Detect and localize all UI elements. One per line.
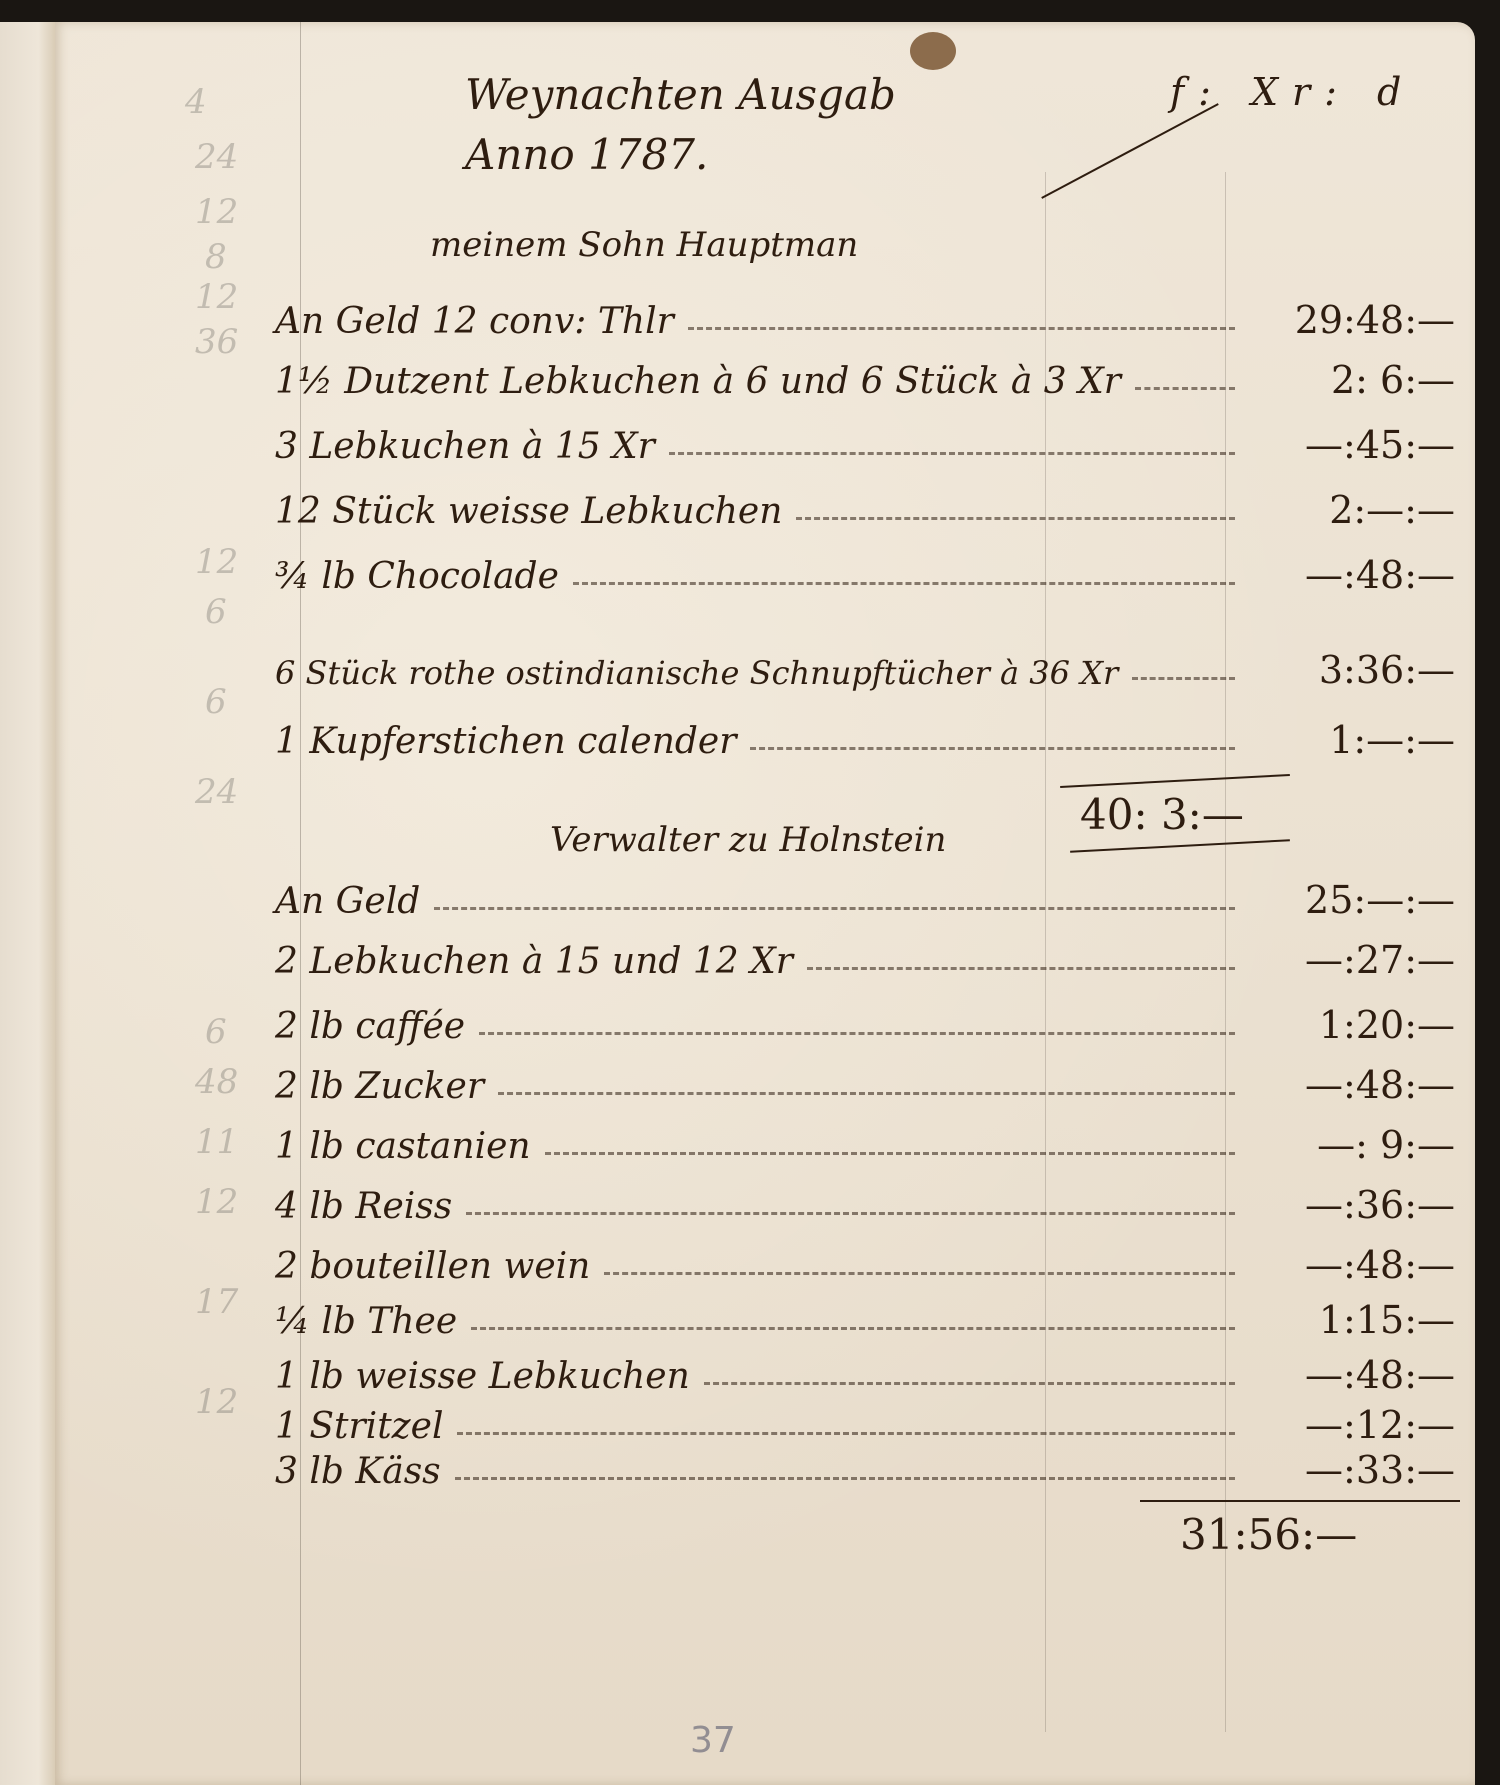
- entry-description: 3 lb Käss: [275, 1451, 441, 1492]
- ledger-row: ¼ lb Thee 1:15:—: [275, 1290, 1465, 1342]
- entry-amount: 25:—:—: [1245, 878, 1465, 922]
- leader-dots: [807, 966, 1235, 970]
- entry-description: ¾ lb Chocolade: [275, 556, 559, 597]
- ledger-row: 2 bouteillen wein —:48:—: [275, 1235, 1465, 1287]
- entry-amount: —:36:—: [1245, 1183, 1465, 1227]
- entry-description: 3 Lebkuchen à 15 Xr: [275, 426, 655, 467]
- entry-amount: —:48:—: [1245, 1243, 1465, 1287]
- leader-dots: [704, 1381, 1235, 1385]
- entry-amount: 1:15:—: [1245, 1298, 1465, 1342]
- entry-amount: —:48:—: [1245, 1063, 1465, 1107]
- entry-description: 12 Stück weisse Lebkuchen: [275, 491, 782, 532]
- entry-description: An Geld 12 conv: Thlr: [275, 301, 674, 342]
- entry-amount: —:48:—: [1245, 1353, 1465, 1397]
- leader-dots: [434, 906, 1235, 910]
- leader-dots: [457, 1431, 1235, 1435]
- bleed-through-number: 11: [195, 1122, 238, 1162]
- bleed-through-number: 12: [195, 542, 238, 582]
- bleed-through-number: 8: [205, 237, 227, 277]
- entry-amount: —: 9:—: [1245, 1123, 1465, 1167]
- entry-amount: 1:20:—: [1245, 1003, 1465, 1047]
- leader-dots: [479, 1031, 1235, 1035]
- ledger-row: 2 Lebkuchen à 15 und 12 Xr —:27:—: [275, 930, 1465, 982]
- leader-dots: [604, 1271, 1235, 1275]
- bleed-through-number: 12: [195, 277, 238, 317]
- entry-amount: 3:36:—: [1245, 648, 1465, 692]
- bleed-through-number: 12: [195, 192, 238, 232]
- page-year: Anno 1787.: [465, 130, 708, 179]
- ledger-row: 1 lb castanien —: 9:—: [275, 1115, 1465, 1167]
- leader-dots: [545, 1151, 1235, 1155]
- leader-dots: [750, 746, 1235, 750]
- entry-description: 4 lb Reiss: [275, 1186, 452, 1227]
- entry-description: 2 Lebkuchen à 15 und 12 Xr: [275, 941, 793, 982]
- leader-dots: [498, 1091, 1235, 1095]
- ledger-row: 4 lb Reiss —:36:—: [275, 1175, 1465, 1227]
- leader-dots: [796, 516, 1235, 520]
- entry-description: 1 lb weisse Lebkuchen: [275, 1356, 690, 1397]
- folio-number: 37: [690, 1720, 736, 1761]
- leader-dots: [1135, 386, 1235, 390]
- facing-page-edge: [0, 22, 55, 1785]
- ledger-row: 6 Stück rothe ostindianische Schnupftüch…: [275, 640, 1465, 692]
- section-subtotal: 40: 3:—: [1080, 790, 1244, 839]
- leader-dots: [573, 581, 1235, 585]
- leader-dots: [688, 326, 1235, 330]
- bleed-through-number: 12: [195, 1182, 238, 1222]
- ledger-row: An Geld 25:—:—: [275, 870, 1465, 922]
- bleed-through-number: 24: [195, 137, 238, 177]
- bleed-through-number: 24: [195, 772, 238, 812]
- leader-dots: [471, 1326, 1235, 1330]
- entry-amount: —:45:—: [1245, 423, 1465, 467]
- section-heading: Verwalter zu Holnstein: [550, 820, 946, 860]
- leader-dots: [466, 1211, 1235, 1215]
- ledger-row: 1 Kupferstichen calender 1:—:—: [275, 710, 1465, 762]
- ledger-row: ¾ lb Chocolade —:48:—: [275, 545, 1465, 597]
- ledger-row: 3 Lebkuchen à 15 Xr —:45:—: [275, 415, 1465, 467]
- section-heading: meinem Sohn Hauptman: [430, 225, 858, 265]
- entry-amount: —:48:—: [1245, 553, 1465, 597]
- page-title: Weynachten Ausgab: [465, 70, 896, 119]
- section-subtotal: 31:56:—: [1180, 1510, 1357, 1559]
- entry-amount: 1:—:—: [1245, 718, 1465, 762]
- bleed-through-number: 6: [205, 1012, 227, 1052]
- bleed-through-number: 4: [185, 82, 207, 122]
- ledger-row: 1½ Dutzent Lebkuchen à 6 und 6 Stück à 3…: [275, 350, 1465, 402]
- ink-stain: [910, 32, 956, 70]
- ledger-row: 3 lb Käss —:33:—: [275, 1440, 1465, 1492]
- bleed-through-number: 6: [205, 592, 227, 632]
- leader-dots: [1132, 676, 1235, 680]
- entry-description: 1 lb castanien: [275, 1126, 531, 1167]
- entry-amount: 29:48:—: [1245, 298, 1465, 342]
- ledger-row: 1 lb weisse Lebkuchen —:48:—: [275, 1345, 1465, 1397]
- ledger-row: 2 lb caffée 1:20:—: [275, 995, 1465, 1047]
- bleed-through-number: 17: [195, 1282, 238, 1322]
- ledger-row: 2 lb Zucker —:48:—: [275, 1055, 1465, 1107]
- entry-amount: —:27:—: [1245, 938, 1465, 982]
- entry-description: An Geld: [275, 881, 420, 922]
- entry-description: 2 lb caffée: [275, 1006, 465, 1047]
- leader-dots: [669, 451, 1235, 455]
- entry-amount: 2:—:—: [1245, 488, 1465, 532]
- currency-column-header: f: Xr: d: [1170, 70, 1415, 114]
- entry-description: 1 Kupferstichen calender: [275, 721, 736, 762]
- bleed-through-number: 48: [195, 1062, 238, 1102]
- entry-description: ¼ lb Thee: [275, 1301, 457, 1342]
- subtotal-rule: [1140, 1500, 1460, 1502]
- entry-description: 2 bouteillen wein: [275, 1246, 590, 1287]
- entry-description: 2 lb Zucker: [275, 1066, 484, 1107]
- entry-description: 1½ Dutzent Lebkuchen à 6 und 6 Stück à 3…: [275, 361, 1121, 402]
- bleed-through-number: 12: [195, 1382, 238, 1422]
- entry-amount: —:33:—: [1245, 1448, 1465, 1492]
- entry-amount: 2: 6:—: [1245, 358, 1465, 402]
- bleed-through-number: 6: [205, 682, 227, 722]
- leader-dots: [455, 1476, 1235, 1480]
- bleed-through-number: 36: [195, 322, 238, 362]
- ledger-row: 12 Stück weisse Lebkuchen 2:—:—: [275, 480, 1465, 532]
- ledger-row: An Geld 12 conv: Thlr 29:48:—: [275, 290, 1465, 342]
- entry-description: 6 Stück rothe ostindianische Schnupftüch…: [275, 654, 1118, 692]
